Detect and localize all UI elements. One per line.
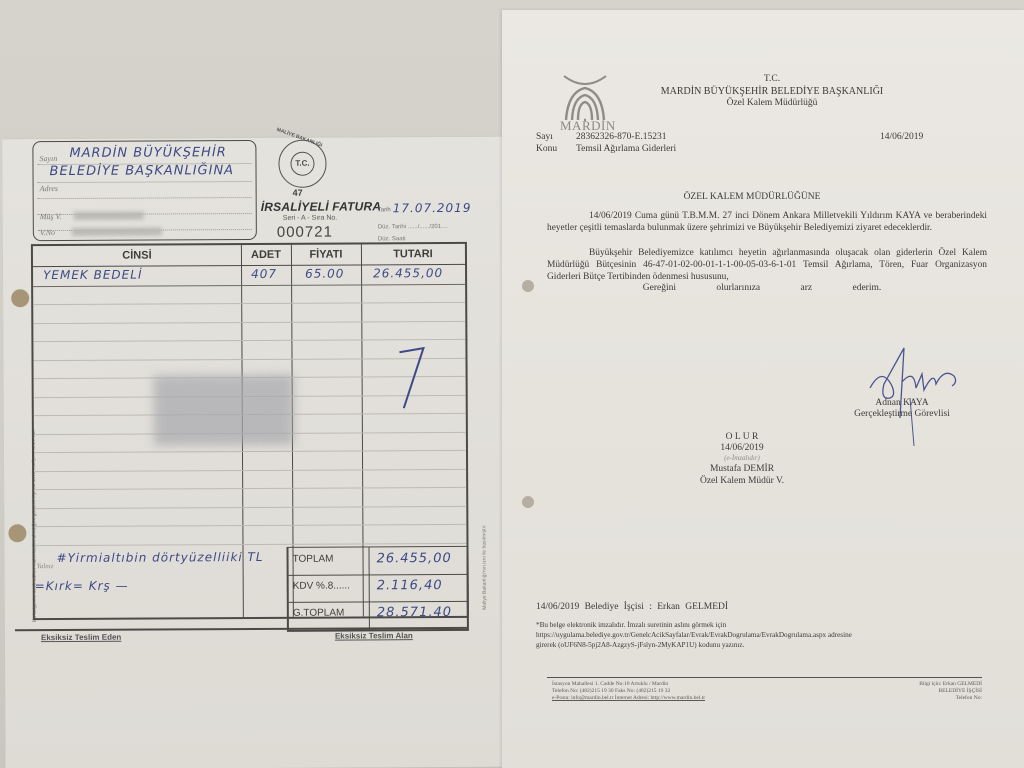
header-tc: T.C. [622, 74, 922, 84]
footer-email[interactable]: e-Posta: info@mardin.bel.tr İnternet Adr… [552, 695, 705, 702]
footer-divider [547, 677, 982, 678]
addressee: ÖZEL KALEM MÜDÜRLÜĞÜNE [602, 192, 902, 202]
footer-address: İstasyon Mahallesi 1. Cadde No:10 Artukl… [552, 681, 668, 688]
number-label: Sayı [536, 132, 553, 142]
side-note-right: Maliye Bakanlığı'nın izni ile basılmıştı… [480, 270, 488, 610]
footer-phone: Telefon No: (482)215 19 30 Faks No: (482… [552, 688, 670, 695]
verify-url[interactable]: https://uygulama.belediye.gov.tr/GenelcA… [536, 631, 852, 639]
cc-line: 14/06/2019 Belediye İşçisi : Erkan GELME… [536, 602, 728, 612]
redacted-tax-office [74, 212, 144, 220]
mardin-logo-icon [560, 70, 610, 122]
punch-hole [8, 524, 26, 542]
invoice-document: Bu belgenin, sevk edilen malın teslim al… [2, 137, 505, 768]
row-amount: 26.455,00 [373, 266, 443, 284]
header-qty: ADET [241, 245, 291, 265]
signer-title: Gerçekleştirme Görevlisi [822, 409, 982, 419]
header-municipality: MARDİN BÜYÜKŞEHİR BELEDİYE BAŞKANLIĞI [622, 86, 922, 97]
footer-info-2: BELEDİYE İŞÇİSİ [832, 688, 982, 695]
signature [862, 338, 982, 448]
grand-total-label: G.TOPLAM [293, 608, 345, 619]
edit-date-label: Düz. Tarihi ....../....../201.... [378, 224, 448, 230]
row-item: YEMEK BEDELİ [43, 268, 142, 287]
recipient-line-1: MARDİN BÜYÜKŞEHİR [69, 145, 226, 161]
form-number: 47 [293, 188, 303, 198]
closing: Gereğini olurlarınıza arz ederim. [582, 283, 942, 293]
punch-hole [522, 496, 534, 508]
number-value: 28362326-870-E.15231 [576, 132, 667, 142]
amount-in-words-label: Yalnız [37, 562, 54, 570]
signer-name: Adnan KAYA [822, 398, 982, 408]
approver-title: Özel Kalem Müdür V. [652, 476, 832, 486]
recipient-label: Sayın [39, 154, 57, 163]
received-by-label: Eksiksiz Teslim Alan [335, 631, 413, 640]
esign-note: *Bu belge elektronik imzalıdır. İmzalı s… [536, 621, 726, 629]
row-price: 65.00 [305, 267, 344, 285]
date-value: 17.07.2019 [393, 201, 472, 215]
recipient-line-2: BELEDİYE BAŞKANLIĞINA [49, 163, 234, 179]
vat-label: KDV %.8...... [293, 580, 350, 591]
tax-office-label: Müş V. [40, 212, 62, 221]
approval-esign: (e-İmzalıdır) [652, 454, 832, 462]
subtotal-label: TOPLAM [293, 554, 334, 565]
paragraph-2: Büyükşehir Belediyemizce katılımcı heyet… [547, 247, 987, 283]
address-label: Adres [40, 184, 58, 193]
approval-word: O L U R [652, 432, 832, 442]
redacted-signature [154, 375, 294, 446]
footer-info-1: Bilgi için: Erkan GELMEDİ [832, 681, 982, 688]
paragraph-1: 14/06/2019 Cuma günü T.B.M.M. 27 inci Dö… [547, 210, 987, 234]
punch-hole [11, 289, 29, 307]
seal-center: T.C. [290, 152, 314, 176]
approval-date: 14/06/2019 [652, 443, 832, 453]
punch-hole [522, 280, 534, 292]
recipient-box: Sayın MARDİN BÜYÜKŞEHİR BELEDİYE BAŞKANL… [32, 140, 257, 241]
letter-date: 14/06/2019 [880, 132, 923, 142]
series-label: Seri - A - Sıra No. [283, 215, 338, 222]
header-department: Özel Kalem Müdürlüğü [622, 98, 922, 108]
amount-in-words-line1: #Yirmialtıbin dörtyüzelliiki TL [57, 550, 264, 565]
ministry-seal: MALİYE BAKANLIĞI T.C. [278, 140, 326, 188]
row-qty: 407 [251, 267, 277, 285]
tax-no-label: V.No [40, 228, 55, 237]
subject-label: Konu [536, 144, 557, 154]
subject-value: Temsil Ağırlama Giderleri [576, 144, 676, 154]
subtotal-value: 26.455,00 [377, 551, 452, 566]
invoice-number: 000721 [277, 224, 333, 241]
verify-code: girerek (oUF6N8-5pj2A8-AzgzyS-jFslyn-2My… [536, 641, 744, 649]
official-letter: MARDİN T.C. MARDİN BÜYÜKŞEHİR BELEDİYE B… [502, 10, 1024, 768]
handwritten-seven [393, 344, 433, 414]
header-item: CİNSİ [33, 245, 241, 266]
grand-total-value: 28.571,40 [377, 605, 452, 620]
delivered-by-label: Eksiksiz Teslim Eden [41, 633, 121, 642]
vat-value: 2.116,40 [377, 578, 443, 593]
approver-name: Mustafa DEMİR [652, 464, 832, 474]
redacted-tax-no [72, 227, 162, 235]
date-label: Tarih [378, 207, 391, 213]
footer-info-3: Telefon No: [832, 695, 982, 702]
invoice-title: İRSALİYELİ FATURA [261, 199, 382, 214]
header-price: FİYATI [291, 244, 361, 264]
amount-in-words-line2: =Kırk= Krş — [35, 579, 129, 593]
totals-box: TOPLAM 26.455,00 KDV %.8...... 2.116,40 … [286, 546, 468, 632]
header-amount: TUTARI [361, 244, 465, 265]
